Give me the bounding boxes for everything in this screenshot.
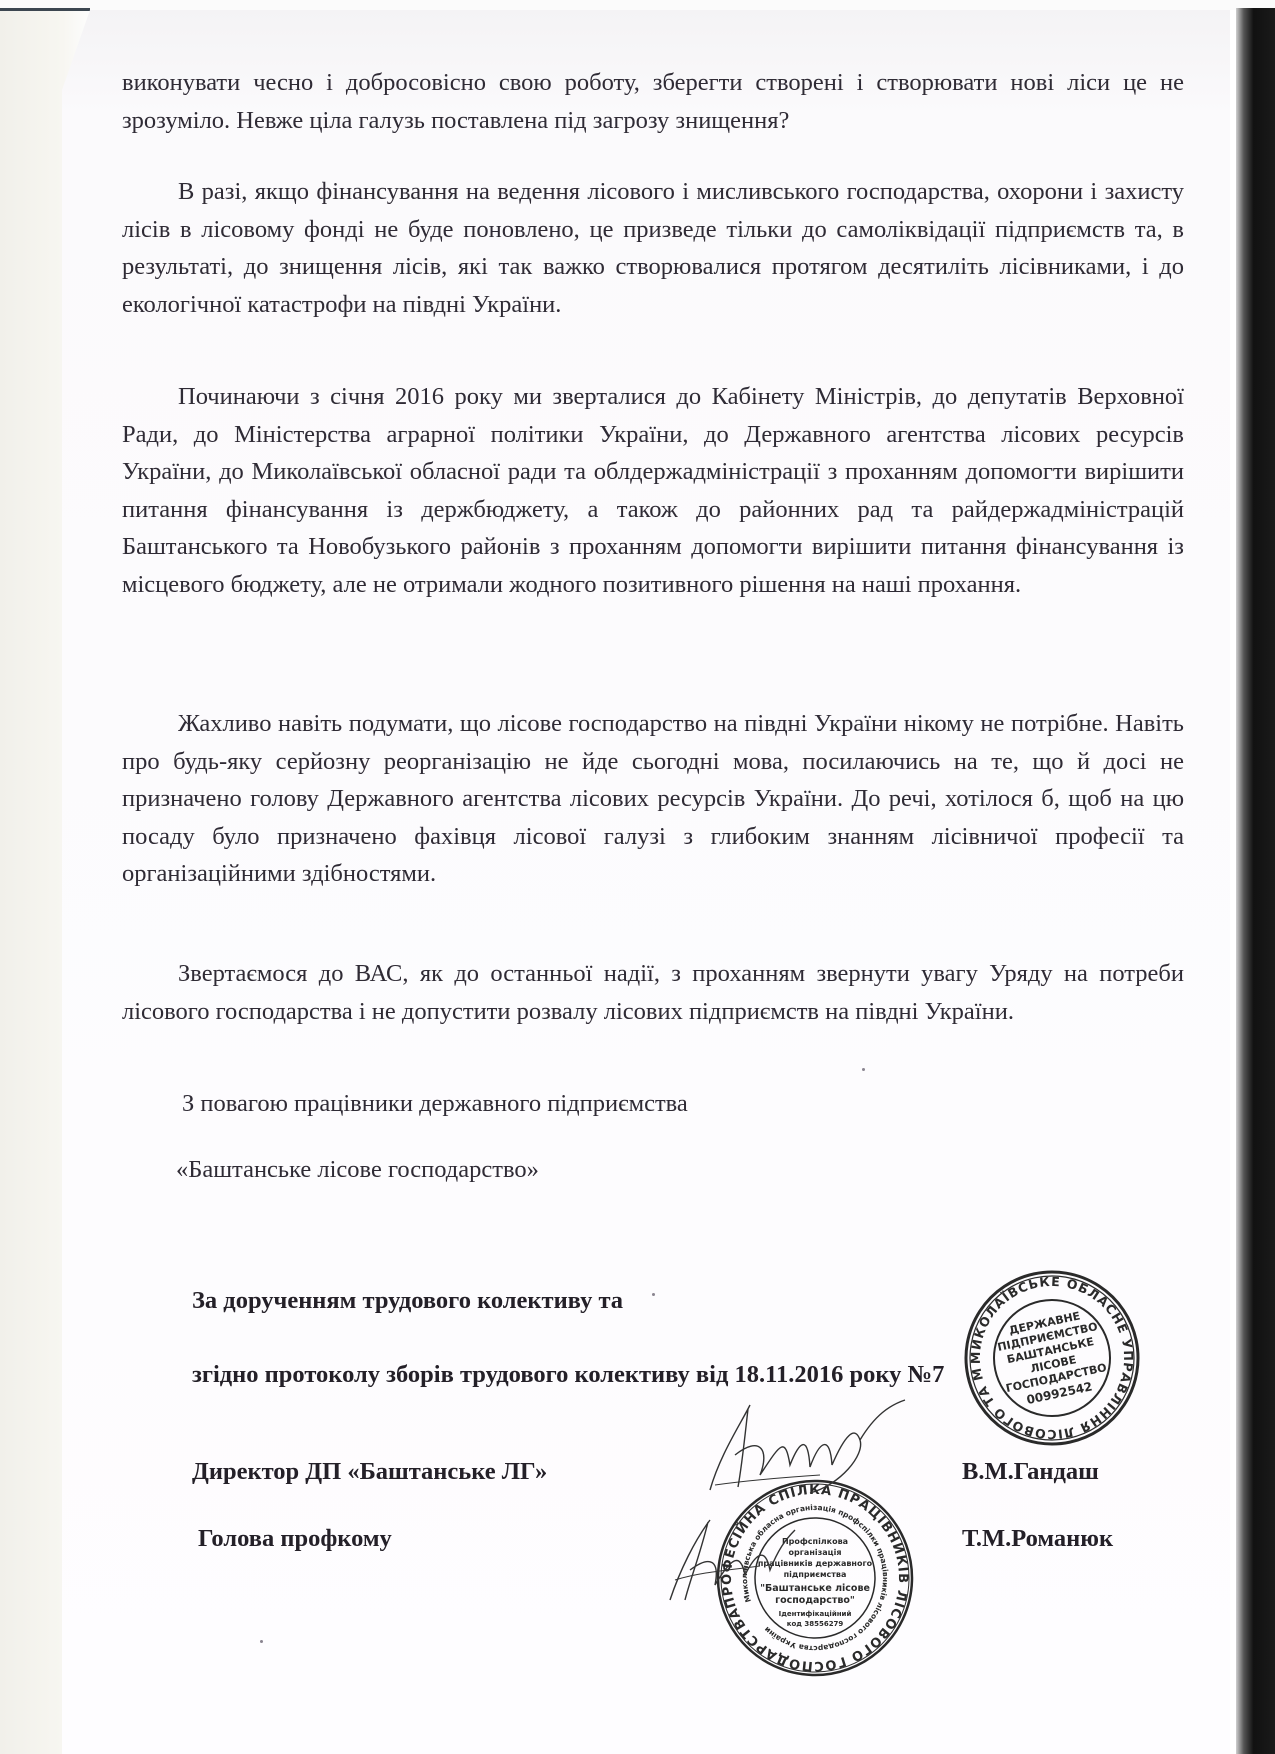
signature-scribble-icon bbox=[660, 1500, 800, 1610]
scanner-top-border bbox=[0, 0, 1275, 10]
enterprise-stamp-seal-icon: МИКОЛАЇВСЬКЕ ОБЛАСНЕ УПРАВЛІННЯ ЛІСОВОГО… bbox=[962, 1268, 1142, 1448]
paragraph-continuation: виконувати чесно і добросовісно свою роб… bbox=[122, 64, 1184, 139]
director-signature bbox=[690, 1395, 930, 1505]
svg-text:Ідентифікаційний: Ідентифікаційний bbox=[779, 1610, 852, 1618]
paragraph-block-3: Жахливо навіть подумати, що лісове госпо… bbox=[122, 705, 1184, 893]
paragraph-block-2: Починаючи з січня 2016 року ми зверталис… bbox=[122, 378, 1184, 603]
scan-speck bbox=[652, 1293, 655, 1296]
scanner-left-edge bbox=[0, 8, 90, 11]
director-role: Директор ДП «Баштанське ЛГ» bbox=[192, 1458, 547, 1486]
signature-scribble-icon bbox=[690, 1395, 930, 1505]
paragraph-block-1: В разі, якщо фінансування на ведення ліс… bbox=[122, 173, 1184, 323]
union-head-name: Т.М.Романюк bbox=[962, 1525, 1113, 1553]
svg-text:код 38556279: код 38556279 bbox=[787, 1620, 844, 1628]
paragraph-3: Жахливо навіть подумати, що лісове госпо… bbox=[122, 705, 1184, 893]
closing-line-1: З повагою працівники державного підприєм… bbox=[182, 1090, 688, 1118]
enterprise-stamp: МИКОЛАЇВСЬКЕ ОБЛАСНЕ УПРАВЛІННЯ ЛІСОВОГО… bbox=[962, 1268, 1142, 1448]
paragraph-block-4: Звертаємося до ВАС, як до останньої наді… bbox=[122, 955, 1184, 1030]
paragraph-1: В разі, якщо фінансування на ведення ліс… bbox=[122, 173, 1184, 323]
paragraph-0: виконувати чесно і добросовісно свою роб… bbox=[122, 64, 1184, 139]
scan-speck bbox=[862, 1068, 865, 1071]
authorization-line-1: За дорученням трудового колективу та bbox=[192, 1287, 623, 1315]
paragraph-4: Звертаємося до ВАС, як до останньої наді… bbox=[122, 955, 1184, 1030]
closing-line-2: «Баштанське лісове господарство» bbox=[176, 1156, 539, 1184]
director-name: В.М.Гандаш bbox=[962, 1458, 1099, 1486]
scan-speck bbox=[260, 1640, 263, 1643]
scanner-right-edge bbox=[1236, 8, 1275, 1754]
union-head-signature bbox=[660, 1500, 800, 1610]
paragraph-2: Починаючи з січня 2016 року ми зверталис… bbox=[122, 378, 1184, 603]
authorization-line-2: згідно протоколу зборів трудового колект… bbox=[192, 1361, 944, 1389]
union-head-role: Голова профкому bbox=[198, 1525, 392, 1553]
